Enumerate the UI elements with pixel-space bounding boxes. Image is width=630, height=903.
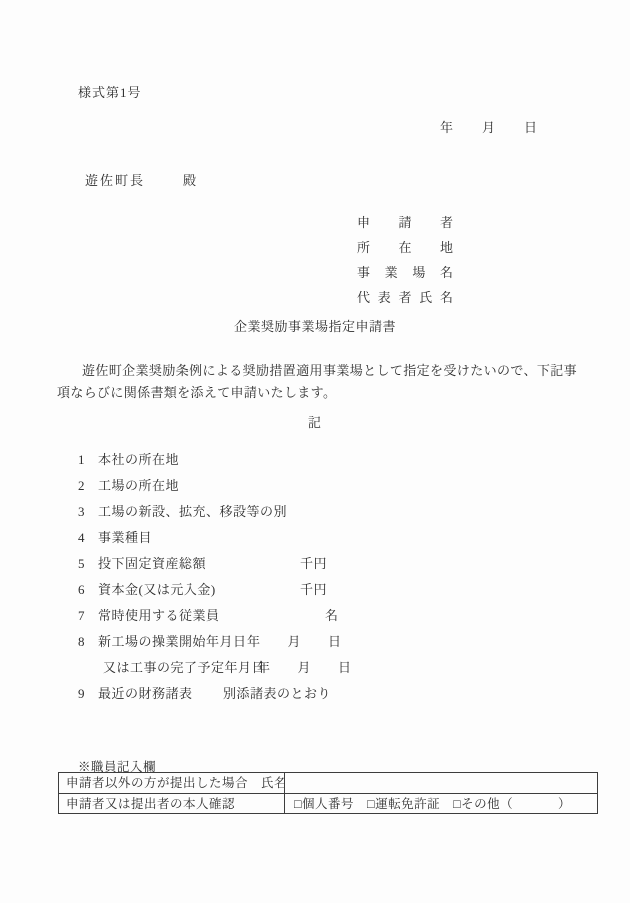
item-number: 6 (78, 582, 98, 598)
staff-row1-label: 申請者以外の方が提出した場合 氏名 (59, 773, 284, 793)
staff-row2-label: 申請者又は提出者の本人確認 (59, 793, 284, 813)
item-label: 常時使用する従業員 (98, 605, 220, 624)
item-label: 事業種目 (98, 527, 152, 546)
form-number: 様式第1号 (78, 82, 142, 101)
item-date-fields: 年 月 日 (247, 631, 342, 650)
body-paragraph: 遊佐町企業奨励条例による奨励措置適用事業場として指定を受けたいので、下記事項なら… (57, 360, 577, 404)
list-item-4: 4事業種目 (78, 527, 558, 553)
item-note: 別添諸表のとおり (223, 683, 331, 702)
addressee-line: 遊佐町長殿 (85, 170, 196, 189)
list-item-7: 7常時使用する従業員 名 (78, 605, 558, 631)
applicant-label-shozaichi: 所在地 (357, 235, 453, 260)
item-number: 7 (78, 608, 98, 624)
other-close-paren: ） (558, 795, 571, 813)
staff-entry-table: 申請者以外の方が提出した場合 氏名 申請者又は提出者の本人確認 □個人番号 □運… (58, 772, 598, 814)
item-number: 5 (78, 556, 98, 572)
item-number: 2 (78, 478, 98, 494)
item-list: 1本社の所在地 2工場の所在地 3工場の新設、拡充、移設等の別 4事業種目 5投… (78, 449, 558, 709)
date-line: 年 月 日 (440, 117, 538, 136)
item-label: 新工場の操業開始年月日 (98, 631, 247, 650)
item-number: 9 (78, 686, 98, 702)
item-unit-senyen: 千円 (300, 553, 327, 572)
item-unit-mei: 名 (325, 605, 339, 624)
item-label: 最近の財務諸表 (98, 683, 193, 702)
application-form-page: 様式第1号 年 月 日 遊佐町長殿 申請者 所在地 事業場名 代表者氏名 企業奨… (0, 0, 630, 903)
record-marker: 記 (0, 412, 630, 431)
list-item-5: 5投下固定資産総額 千円 (78, 553, 558, 579)
item-label: 本社の所在地 (98, 449, 179, 468)
list-item-1: 1本社の所在地 (78, 449, 558, 475)
item-label: 工場の所在地 (98, 475, 179, 494)
applicant-label-daihyosha-shimei: 代表者氏名 (357, 285, 453, 310)
applicant-block: 申請者 所在地 事業場名 代表者氏名 (357, 210, 453, 310)
document-title: 企業奨励事業場指定申請書 (0, 316, 630, 335)
item-label: 又は工事の完了予定年月日 (103, 657, 265, 676)
list-item-6: 6資本金(又は元入金) 千円 (78, 579, 558, 605)
item-label: 工場の新設、拡充、移設等の別 (98, 501, 287, 520)
item-number: 3 (78, 504, 98, 520)
list-item-9: 9最近の財務諸表 別添諸表のとおり (78, 683, 558, 709)
id-check-options: □個人番号 □運転免許証 □その他（ (294, 795, 513, 813)
item-unit-senyen: 千円 (300, 579, 327, 598)
list-item-8: 8新工場の操業開始年月日 年 月 日 (78, 631, 558, 657)
staff-row1-value-cell (284, 773, 597, 793)
addressee-name: 遊佐町長 (85, 173, 145, 188)
item-number: 1 (78, 452, 98, 468)
list-item-2: 2工場の所在地 (78, 475, 558, 501)
item-number: 8 (78, 634, 98, 650)
addressee-honorific: 殿 (183, 173, 196, 188)
item-label: 投下固定資産総額 (98, 553, 206, 572)
staff-row2-value-cell: □個人番号 □運転免許証 □その他（ ） (284, 793, 597, 813)
list-item-3: 3工場の新設、拡充、移設等の別 (78, 501, 558, 527)
item-label: 資本金(又は元入金) (98, 579, 216, 598)
item-date-fields: 年 月 日 (257, 657, 352, 676)
list-item-8-alt: 又は工事の完了予定年月日 年 月 日 (78, 657, 558, 683)
applicant-label-jigyoba-mei: 事業場名 (357, 260, 453, 285)
item-number: 4 (78, 530, 98, 546)
applicant-label-shinseisha: 申請者 (357, 210, 453, 235)
